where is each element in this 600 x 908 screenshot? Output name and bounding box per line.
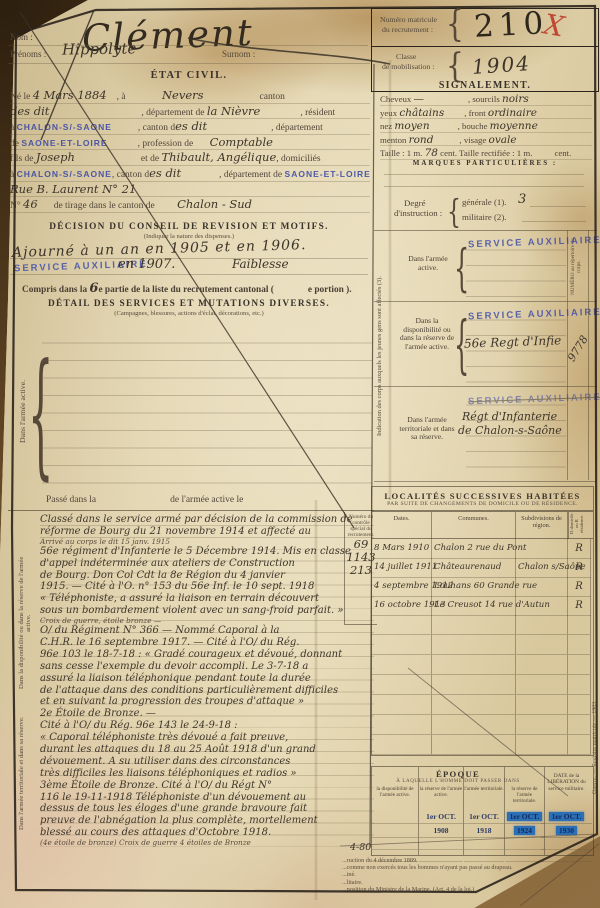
localites-cell-commune: Chalon 2 rue du Pont [432,539,516,559]
classe-label-2: de mobilisation : [382,62,434,71]
printed-text: à [10,170,17,180]
printed-text: N° [10,201,23,211]
service-record-line: assuré la liaison téléphonique pendant t… [40,673,374,685]
epoque-date-value1: 1er OCT. [541,810,592,824]
field-rule [384,186,584,187]
printed-text: canton [260,92,285,102]
service-record-line: d'appel indéterminée aux ateliers de Con… [40,558,374,570]
printed-text: e portion ). [308,285,352,295]
compris-line: Compris dans la 6e partie de la liste du… [22,279,352,297]
field-rule [10,274,368,275]
printed-text: Passé dans la [46,495,96,505]
printed-text: à [10,123,17,133]
handwritten-text: Thibault, Angélique [161,150,276,164]
service-record-line: preuve de l'abnégation la plus complète,… [40,815,374,827]
localites-cell-date: 14 juillet 1911 [372,558,432,578]
localites-cell-date [372,675,432,695]
localites-row: 8 Mars 1910Chalon 2 rue du PontR [372,539,593,558]
localites-cell-subdiv [516,577,568,597]
printed-text: , résident [300,108,335,118]
epoque-value [372,810,418,824]
instruction-generale: générale (1). [462,197,506,207]
localites-row [372,695,593,715]
localites-cell-subdiv [516,539,568,559]
matricule-label-1: Numéro matricule [380,15,437,24]
service-record-line: (4e étoile de bronze) Croix de guerre 4 … [40,839,374,847]
printed-text: Cheveux [380,94,413,104]
service-record-line: 96e 103 le 18-7-18 : « Gradé courageux e… [40,649,374,661]
epoque-empty-cell [505,838,544,850]
col-communes: Communes. [432,512,516,539]
localites-row: 16 octobre 1913Le Creusot 14 rue d'Autun… [372,596,593,615]
epoque-value: 1924 [505,824,544,838]
form-line: fils de Josephet de Thibault, Angélique,… [10,150,370,166]
printed-text: , canton d [112,170,149,180]
localites-cell-date [372,655,432,675]
printed-text: , département de [141,108,206,118]
col-dates: Dates. [372,512,432,539]
localites-cell-subdiv [516,715,568,735]
localites-cell-subdiv: Chalon s/Saône [516,558,568,578]
printed-text: menton [380,135,409,145]
corps-row-territoriale: Dans l'armée territoriale et dans sa rés… [374,386,597,482]
localites-cell-commune [432,695,516,715]
localites-cell-subdiv [516,596,568,616]
stamp-text: CHALON-S/-SAONE [17,122,112,132]
form-line: N° 46de tirage dans le canton de Chalon … [10,197,370,213]
printed-text: de l'armée active le [170,495,243,505]
localites-cell-dr: R [568,539,591,559]
classe-value: 1904 [471,51,531,79]
service-record-line: et en suivant la progression des troupes… [40,696,374,708]
box-divider [372,46,598,47]
form-line: Né le 4 Mars 1884, à Neverscanton [10,88,370,104]
printed-text: , sourcils [468,94,502,104]
epoque-empty-cell [541,838,592,850]
printed-text: de tirage dans le canton de [54,201,157,211]
etat-civil-title: ÉTAT CIVIL. [6,70,372,81]
printed-text: , profession de [138,139,196,149]
decision-title: DÉCISION DU CONSEIL DE REVISION ET MOTIF… [6,222,372,232]
form-line: à CHALON-S/-SAONE, canton des dit, dépar… [10,166,370,182]
service-record-line: « Caporal téléphoniste très dévoué a fai… [40,732,374,744]
corps-row-label: Dans l'armée territoriale et dans sa rés… [398,416,456,442]
corps-row-active: Dans l'armée active. { SERVICE AUXILIAIR… [374,231,597,302]
numero-repertoire-strip: NUMÉRO au répertoire du corps. 9778 [567,230,589,480]
handwritten-text: ovale [489,134,517,146]
form-line: menton rond, visage ovale [380,133,592,147]
printed-text: , bouche [458,121,490,131]
dispo-side-label: Dans la disponibilité ou dans la réserve… [18,553,35,693]
localites-cell-dr: R [568,558,591,578]
localites-cell-dr: R [568,577,591,597]
service-record-line: Croix de guerre, étoile bronze — [40,617,374,625]
corps-row-value: Régt d'Infanterie [462,410,557,423]
localites-cell-subdiv [516,615,568,635]
localites-cell-date [372,735,432,755]
handwritten-text: es dit [175,119,207,133]
decision-motif: Faiblesse [232,257,289,271]
epoque-value: 1908 [419,824,463,838]
localites-cell-dr [568,615,591,635]
instruction-label-1: Degré [404,198,426,208]
services-handwritten-block: Classé dans le service armé par décision… [40,514,374,847]
printed-text: cent. Taille rectifiée : 1 m. [438,148,532,158]
section-rule [8,510,374,511]
corps-affectation-table: Indication des corps auxquels les jeunes… [374,230,597,481]
etat-civil-lines: Né le 4 Mars 1884, à Neverscantondes dit… [10,88,370,213]
handwritten-text: — [413,93,424,105]
printed-text: , département de [219,170,284,180]
printed-text: e partie de la liste du recrutement cant… [98,285,273,295]
instruction-generale-value: 3 [518,192,526,207]
epoque-value: 1er OCT. [464,810,504,824]
signalement-lines: Cheveux —, sourcils noirsyeux châtains, … [380,92,592,160]
signalement-title: SIGNALEMENT. [374,80,596,91]
service-record-line: de Bourg. Don Col Cdt la 8e Région du 4 … [40,570,374,582]
stamp-text: SAONE-ET-LOIRE [285,169,371,179]
printed-text: , front [464,108,488,118]
service-record-line: dessus de tous les éloges d'une grande b… [40,803,374,815]
localites-cell-commune [432,715,516,735]
service-record-line: Classé dans le service armé par décision… [40,514,374,526]
localites-cell-dr [568,655,591,675]
instruction-militaire: militaire (2). [462,212,506,222]
localites-cell-subdiv [516,655,568,675]
handwritten-text: noirs [502,93,529,105]
handwritten-text: 4 Mars 1884 [33,88,107,102]
form-line: Taille : 1 m. 78 cent. Taille rectifiée … [380,146,592,160]
field-rule [522,221,586,222]
localites-cell-commune [432,635,516,655]
epoque-subtitle: À LAQUELLE L'HOMME DOIT PASSER DANS [372,779,544,784]
handwritten-text: es dit [149,166,181,180]
localites-cell-commune: Le Creusot 14 rue d'Autun [432,596,516,616]
corps-row-label: Dans la disponibilité ou dans la réserve… [398,317,456,351]
form-line: nez moyen, bouche moyenne [380,119,592,133]
service-record-line: dévouement. A su utiliser dans des circo… [40,756,374,768]
localites-cell-dr [568,695,591,715]
service-record-line: 56e régiment d'Infanterie le 5 Décembre … [40,546,374,558]
edge-imprint-text: Guerre. — Registre matricule — 1903 [592,648,598,848]
service-record-line: C.H.R. le 16 septembre 1917. — Cité à l'… [40,637,374,649]
service-record-line: sans cesse l'exemple du devoir accompli.… [40,661,374,673]
localites-cell-date [372,635,432,655]
localites-cell-subdiv [516,635,568,655]
localites-title: LOCALITÉS SUCCESSIVES HABITÉES [372,487,593,501]
epoque-date-header: DATE de la LIBÉRATION du service militai… [541,767,592,810]
firstname-handwritten: Hippolyte [62,39,137,58]
printed-text: , à [117,92,128,102]
form-line: à CHALON-S/-SAONE, canton des dit, dépar… [10,119,370,135]
localites-cell-dr: R [568,596,591,616]
printed-text: Taille : 1 m. [380,148,425,158]
stamp-text: CHALON-S/-SAONE [17,169,112,179]
footnote-line: ...comme non exercés tous les hommes n'a… [342,864,596,871]
firstname-label: Prénoms : [10,49,46,59]
brace-glyph: { [446,2,464,45]
epoque-date-value2: 1930 [541,824,592,838]
field-rule [530,206,586,207]
service-record-line: « Téléphoniste, a assuré la liaison en t… [40,593,374,605]
service-record-line: 3ème Étoile de Bronze. Cité à l'O/ du Ré… [40,780,374,792]
handwritten-text: moyen [394,120,429,132]
footnote-line: ...litaire. [342,879,596,886]
brace-glyph: { [447,194,461,232]
localites-cell-commune [432,615,516,635]
localites-cell-date [372,715,432,735]
epoque-title: ÉPOQUE [372,767,544,779]
classe-label-1: Classe [396,52,416,61]
handwritten-text: 46 [23,197,38,211]
epoque-title-block: ÉPOQUE À LAQUELLE L'HOMME DOIT PASSER DA… [372,767,544,784]
localites-cell-commune: Châteaurenaud [432,558,516,578]
localites-cell-commune [432,735,516,755]
localites-cell-date [372,695,432,715]
localites-cell-commune: Louhans 60 Grande rue [432,577,516,597]
numero-repertoire-header: NUMÉRO au répertoire du corps. [571,234,583,300]
printed-text: Compris dans la [22,285,89,295]
form-line: yeux châtains, front ordinaire [380,106,592,120]
service-record-line: très difficiles les liaisons téléphoniqu… [40,768,374,780]
localites-table: LOCALITÉS SUCCESSIVES HABITÉES PAR SUITE… [371,486,594,756]
printed-text: cent. [554,148,571,158]
localites-cell-dr [568,715,591,735]
service-record-line: durant les attaques du 18 au 25 Août 191… [40,744,374,756]
epoque-empty-cell [372,838,418,850]
localites-cell-subdiv [516,695,568,715]
service-record-line: Cité à l'O/ du Rég. 96e 143 le 24-9-18 : [40,720,374,732]
printed-text: de [10,139,21,149]
localites-row [372,675,593,695]
col-subdivisions: Subdivisions de région. [516,512,568,539]
passe-line: Passé dans lade l'armée active le [46,495,339,505]
printed-text: fils de [10,154,36,164]
printed-text: , département [271,123,323,133]
epoque-date-column: DATE de la LIBÉRATION du service militai… [541,767,592,855]
detail-subtitle: (Campagnes, blessures, actions d'éclat, … [6,310,372,317]
service-record-line: 1915. — Cité à l'O. n° 153 du 56e Inf. l… [40,581,374,593]
epoque-value: 1er OCT. [505,810,544,824]
epoque-empty-cell [419,838,463,850]
scanned-military-record: { "header": { "nom_label": "Nom :", "nom… [0,0,600,908]
corps-row-reserve: Dans la disponibilité ou dans la réserve… [374,301,597,387]
localites-body: 8 Mars 1910Chalon 2 rue du PontR14 juill… [372,539,593,755]
localites-cell-dr [568,675,591,695]
instruction-label-2: d'instruction : [394,208,442,218]
handwritten-text: la Nièvre [207,104,261,118]
field-rule [10,258,368,259]
handwritten-text: Comptable [210,135,273,149]
localites-row [372,715,593,735]
localites-row [372,635,593,655]
matricule-number: 210 [473,5,549,45]
localites-cell-date: 4 septembre 1912 [372,577,432,597]
decision-line2-year: en 1907. [118,257,175,272]
printed-text: , visage [459,135,488,145]
localites-row: 14 juillet 1911ChâteaurenaudChalon s/Saô… [372,558,593,577]
service-record-line: O/ du Régiment N° 366 — Nommé Caporal à … [40,625,374,637]
form-line: Cheveux —, sourcils noirs [380,92,592,106]
handwritten-text: 78 [425,147,438,159]
footnote-line: ...iné. [342,871,596,878]
localites-cell-date [372,615,432,635]
localites-row [372,615,593,635]
form-line: de SAONE-ET-LOIRE, profession de Comptab… [10,135,370,151]
service-record-line: Arrivé au corps le dit 15 janv. 1915 [40,538,374,546]
handwritten-text: des dit [10,104,49,118]
armee-active-side-label: Dans l'armée active. [18,338,27,484]
localites-cell-date: 8 Mars 1910 [372,539,432,559]
printed-text: nez [380,121,394,131]
footnote-hand-mark: 4-80 [350,842,371,853]
decision-subtitle: (Indiquer la nature des dispenses.) [6,233,372,240]
service-record-line: réforme de Bourg du 21 novembre 1914 et … [40,526,374,538]
service-record-line: 116 le 19-11-1918 Téléphoniste d'un dévo… [40,792,374,804]
printed-text: yeux [380,108,399,118]
footnote-line: ...ruction du 4 décembre 1889. [342,857,596,864]
epoque-value [372,824,418,838]
handwritten-text: Rue B. Laurent N° 21 [10,182,136,196]
registration-form: Clément Nom : Prénoms : Hippolyte Surnom… [6,8,598,900]
localites-cell-dr [568,635,591,655]
localites-cell-dr [568,735,591,755]
footnotes: ...ruction du 4 décembre 1889....comme n… [342,857,596,893]
detail-title: DÉTAIL DES SERVICES ET MUTATIONS DIVERSE… [6,299,372,309]
epoque-table: la disponibilité de l'armée active.la ré… [371,766,594,856]
localites-cell-date: 16 octobre 1913 [372,596,432,616]
localites-cell-subdiv [516,675,568,695]
localites-cell-commune [432,675,516,695]
localites-cell-commune [432,655,516,675]
printed-text: et de [141,154,162,164]
handwritten-text: rond [409,134,434,146]
handwritten-text: ordinaire [488,107,537,119]
handwritten-text: Nevers [162,88,204,102]
handwritten-text: châtains [399,107,444,119]
territoriale-side-label: Dans l'armée territoriale et dans sa rés… [18,708,35,838]
localites-header-row: Dates. Communes. Subdivisions de région.… [372,512,593,539]
service-record-line: 2e Étoile de Bronze. — [40,708,374,720]
epoque-empty-cell [464,838,504,850]
field-rule [8,63,370,64]
corps-row-value2: de Chalon-s-Saône [458,424,562,437]
stamp-text: SAONE-ET-LOIRE [21,138,107,148]
corps-row-label: Dans l'armée active. [400,255,456,272]
matricule-label-2: du recrutement : [382,25,433,34]
marques-title: MARQUES PARTICULIÈRES : [374,159,596,167]
printed-text: Né le [10,92,33,102]
handwritten-text: Joseph [36,150,75,164]
form-line: Rue B. Laurent N° 21 [10,182,370,198]
localites-row [372,655,593,675]
handwritten-text: moyenne [490,120,538,132]
form-line: des dit, département de la Nièvre, résid… [10,104,370,120]
service-record-line: de l'attaque dans des conditions particu… [40,685,374,697]
epoque-value: 1er OCT. [419,810,463,824]
localites-row: 4 septembre 1912Louhans 60 Grande rueR [372,577,593,596]
field-rule [384,174,584,175]
numero-repertoire-value: 9778 [565,333,591,364]
localites-cell-subdiv [516,735,568,755]
localites-row [372,735,593,755]
col-domicile-residence: D domicile ou R résidence. [568,512,591,539]
red-x-mark: X [541,8,566,44]
empty-service-lines [42,326,372,486]
nickname-label: Surnom : [222,49,255,59]
epoque-value: 1918 [464,824,504,838]
handwritten-text: Chalon - Sud [177,197,252,211]
printed-text: , domiciliés [276,154,320,164]
name-label: Nom : [10,32,33,42]
footnote-line: ...position du Ministre de la Marine. (A… [342,886,596,893]
localites-subtitle: PAR SUITE DE CHANGEMENTS DE DOMICILE OU … [372,501,593,512]
printed-text: , canton d [138,123,175,133]
